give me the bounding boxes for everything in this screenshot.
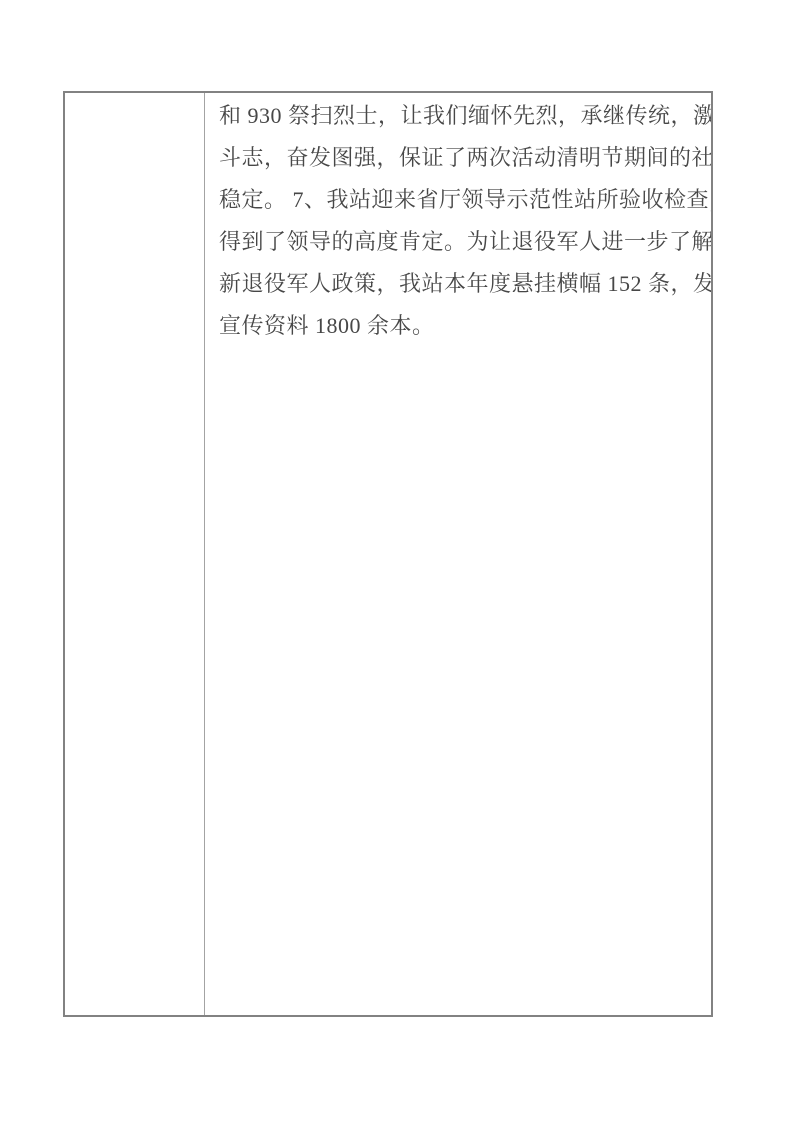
table-label-cell [65, 93, 205, 1015]
content-line: 和 930 祭扫烈士，让我们缅怀先烈，承继传统，激励 [219, 95, 703, 137]
content-line: 得到了领导的高度肯定。为让退役军人进一步了解最 [219, 221, 703, 263]
table-content-cell: 和 930 祭扫烈士，让我们缅怀先烈，承继传统，激励 斗志，奋发图强，保证了两次… [205, 93, 711, 1015]
content-line: 宣传资料 1800 余本。 [219, 305, 703, 347]
document-page: 和 930 祭扫烈士，让我们缅怀先烈，承继传统，激励 斗志，奋发图强，保证了两次… [0, 0, 793, 1122]
content-line: 斗志，奋发图强，保证了两次活动清明节期间的社会 [219, 137, 703, 179]
content-line: 新退役军人政策，我站本年度悬挂横幅 152 条，发放 [219, 263, 703, 305]
report-table: 和 930 祭扫烈士，让我们缅怀先烈，承继传统，激励 斗志，奋发图强，保证了两次… [63, 91, 713, 1017]
content-line: 稳定。 7、我站迎来省厅领导示范性站所验收检查， [219, 179, 703, 221]
